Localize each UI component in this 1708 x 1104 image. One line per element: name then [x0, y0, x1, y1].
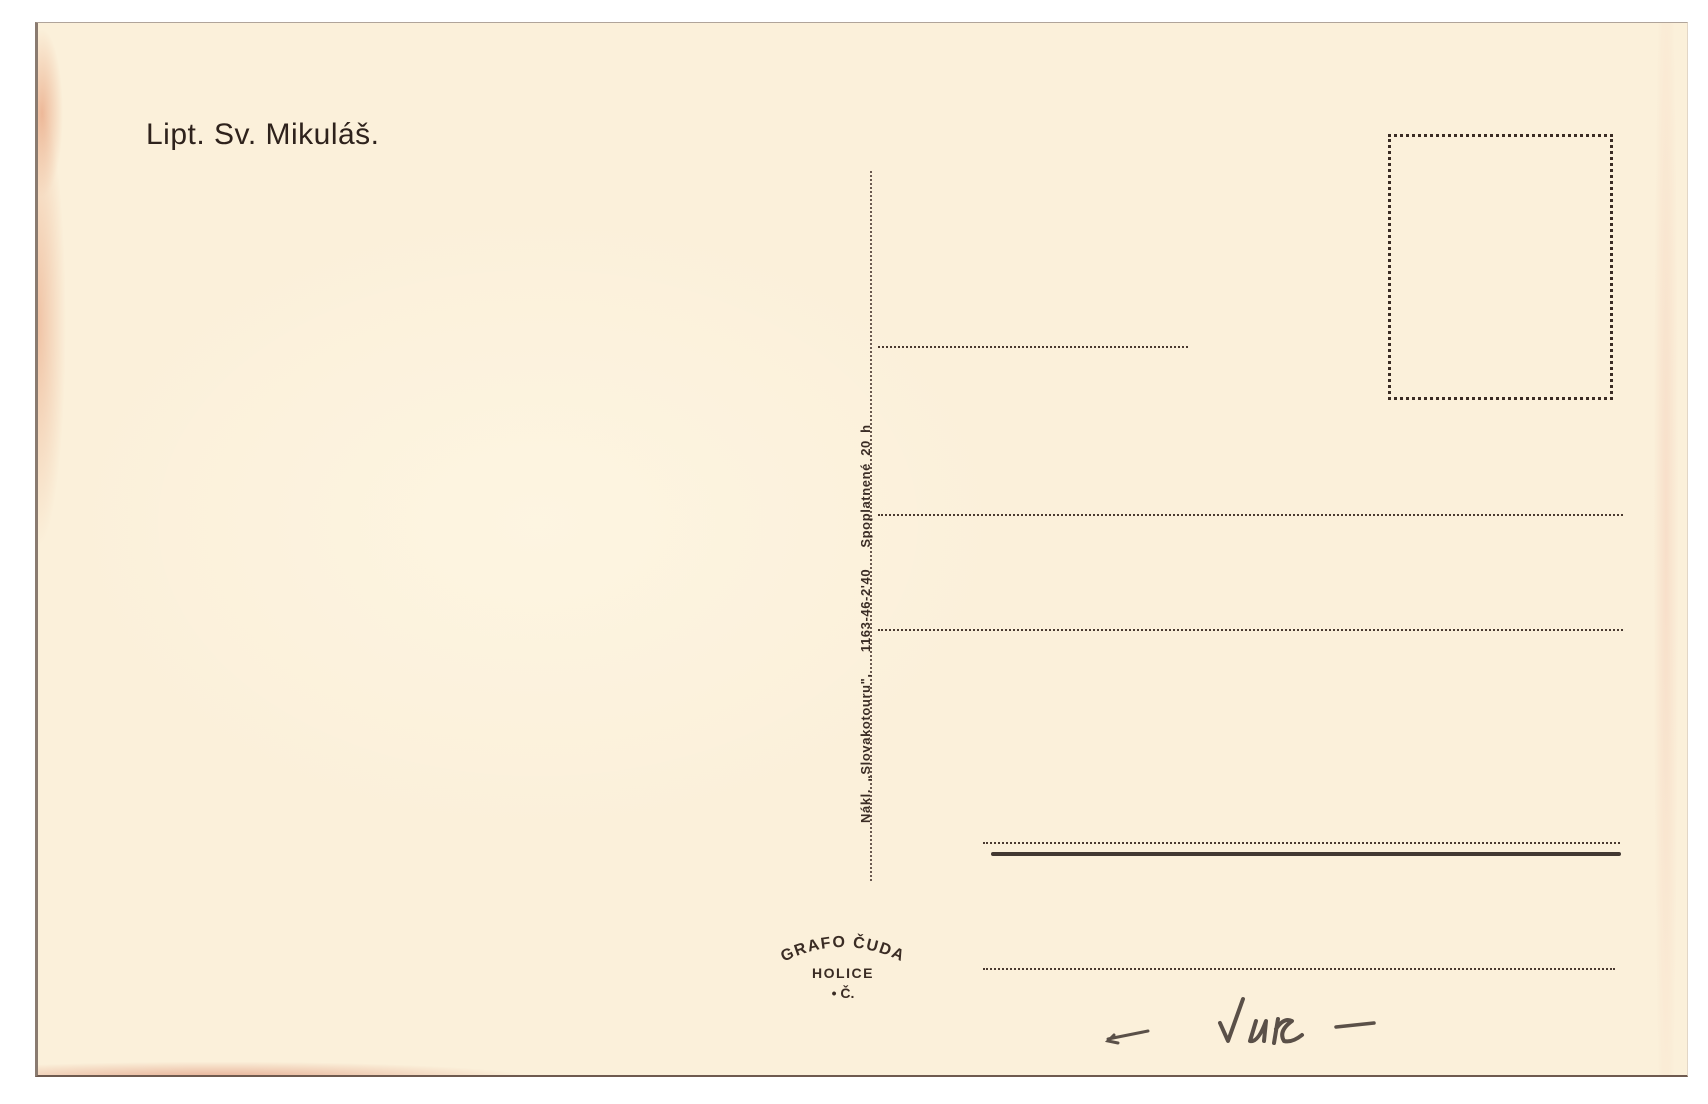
- postage-paid-note: Spoplatnené 20 h: [858, 424, 873, 547]
- publisher-name: Nákl. „Slovakotouru",: [858, 673, 873, 823]
- postcard-back: Lipt. Sv. Mikuláš. Nákl. „Slovakotouru",…: [35, 22, 1688, 1077]
- print-code: 1163-46-2'40: [858, 569, 873, 652]
- address-line-4: [983, 842, 1620, 844]
- address-line-1: [878, 346, 1188, 348]
- printer-city: HOLICE: [763, 965, 923, 981]
- stamp-box: [1388, 134, 1613, 400]
- address-line-5: [983, 968, 1615, 970]
- address-line-3: [878, 629, 1623, 631]
- location-title: Lipt. Sv. Mikuláš.: [146, 118, 380, 152]
- address-underline-solid: [991, 852, 1621, 856]
- printer-country: • Č.: [763, 985, 923, 1001]
- printer-mark: GRAFO ČUDA HOLICE • Č.: [763, 931, 923, 1011]
- svg-text:GRAFO ČUDA: GRAFO ČUDA: [778, 932, 908, 965]
- publisher-imprint: Nákl. „Slovakotouru", 1163-46-2'40 Spopl…: [858, 410, 873, 823]
- handwritten-note: [1078, 991, 1408, 1061]
- address-line-2: [878, 514, 1623, 516]
